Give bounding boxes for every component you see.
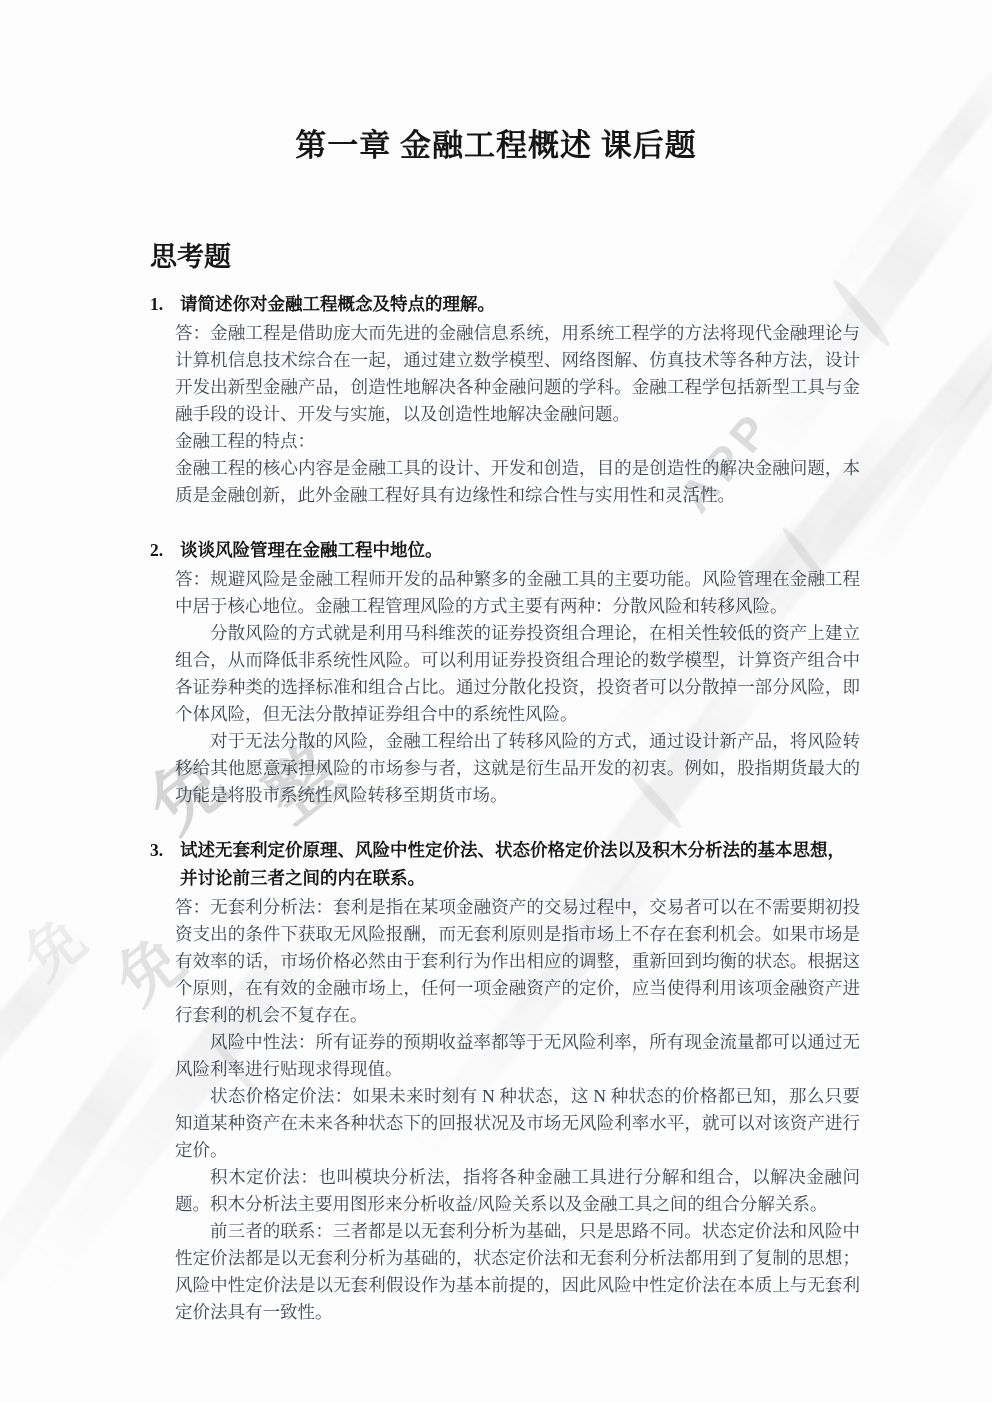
question-item: 2.谈谈风险管理在金融工程中地位。答：规避风险是金融工程师开发的品种繁多的金融工… bbox=[150, 536, 860, 809]
answer-paragraph: 对于无法分散的风险，金融工程给出了转移风险的方式，通过设计新产品，将风险转移给其… bbox=[175, 728, 860, 809]
answer-paragraph: 风险中性法：所有证券的预期收益率都等于无风险利率，所有现金流量都可以通过无风险利… bbox=[175, 1029, 860, 1083]
answer-paragraph: 答：规避风险是金融工程师开发的品种繁多的金融工具的主要功能。风险管理在金融工程中… bbox=[175, 566, 860, 620]
answer-paragraph: 金融工程的特点： bbox=[175, 428, 860, 455]
watermark-text: 免 bbox=[14, 908, 95, 989]
question-item: 3.试述无套利定价原理、风险中性定价法、状态价格定价法以及积木分析法的基本思想，… bbox=[150, 836, 860, 1326]
question-number: 2. bbox=[150, 536, 180, 564]
question-heading: 1.请简述你对金融工程概念及特点的理解。 bbox=[150, 290, 860, 318]
question-title: 请简述你对金融工程概念及特点的理解。 bbox=[180, 290, 860, 318]
watermark-streak bbox=[0, 921, 99, 1208]
question-heading: 2.谈谈风险管理在金融工程中地位。 bbox=[150, 536, 860, 564]
answer-paragraph: 状态价格定价法：如果未来时刻有 N 种状态，这 N 种状态的价格都已知，那么只要… bbox=[175, 1083, 860, 1164]
question-answer: 答：无套利分析法：套利是指在某项金融资产的交易过程中，交易者可以在不需要期初投资… bbox=[175, 894, 860, 1326]
answer-paragraph: 前三者的联系：三者都是以无套利分析为基础，只是思路不同。状态定价法和风险中性定价… bbox=[175, 1218, 860, 1326]
question-answer: 答：规避风险是金融工程师开发的品种繁多的金融工具的主要功能。风险管理在金融工程中… bbox=[175, 566, 860, 809]
question-title: 谈谈风险管理在金融工程中地位。 bbox=[180, 536, 860, 564]
watermark-streak bbox=[0, 1015, 175, 1355]
answer-paragraph: 答：无套利分析法：套利是指在某项金融资产的交易过程中，交易者可以在不需要期初投资… bbox=[175, 894, 860, 1029]
section-heading: 思考题 bbox=[150, 235, 992, 274]
question-item: 1.请简述你对金融工程概念及特点的理解。答：金融工程是借助庞大而先进的金融信息系… bbox=[150, 290, 860, 509]
watermark-streak bbox=[847, 320, 992, 589]
document-page: 免 整 免 APP 免 第一章 金融工程概述 课后题 思考题 1.请简述你对金融… bbox=[0, 0, 992, 1403]
question-number: 3. bbox=[150, 836, 180, 892]
answer-paragraph: 金融工程的核心内容是金融工具的设计、开发和创造，目的是创造性的解决金融问题，本质… bbox=[175, 455, 860, 509]
answer-paragraph: 积木定价法：也叫模块分析法，指将各种金融工具进行分解和组合，以解决金融问题。积木… bbox=[175, 1164, 860, 1218]
answer-paragraph: 答：金融工程是借助庞大而先进的金融信息系统，用系统工程学的方法将现代金融理论与计… bbox=[175, 320, 860, 428]
document-title: 第一章 金融工程概述 课后题 bbox=[0, 0, 992, 165]
question-list: 1.请简述你对金融工程概念及特点的理解。答：金融工程是借助庞大而先进的金融信息系… bbox=[150, 290, 860, 1326]
question-answer: 答：金融工程是借助庞大而先进的金融信息系统，用系统工程学的方法将现代金融理论与计… bbox=[175, 320, 860, 509]
question-number: 1. bbox=[150, 290, 180, 318]
question-title: 试述无套利定价原理、风险中性定价法、状态价格定价法以及积木分析法的基本思想，并讨… bbox=[180, 836, 860, 892]
question-heading: 3.试述无套利定价原理、风险中性定价法、状态价格定价法以及积木分析法的基本思想，… bbox=[150, 836, 860, 892]
answer-paragraph: 分散风险的方式就是利用马科维茨的证券投资组合理论，在相关性较低的资产上建立组合，… bbox=[175, 620, 860, 728]
